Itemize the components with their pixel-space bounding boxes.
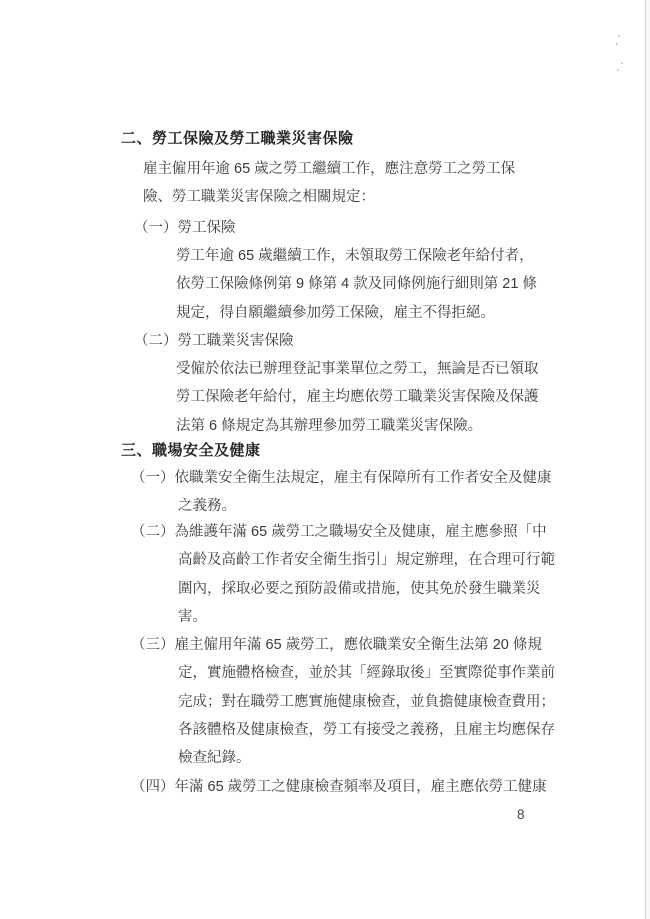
scanned-document-page: 二、勞工保險及勞工職業災害保險 雇主僱用年逾 65 歲之勞工繼續工作，應注意勞工…	[0, 0, 650, 919]
scan-speck	[616, 43, 618, 45]
scan-speck	[621, 62, 623, 64]
section-intro-paragraph: 雇主僱用年逾 65 歲之勞工繼續工作，應注意勞工之勞工保 險、勞工職業災害保險之…	[143, 155, 563, 212]
page-number: 8	[517, 801, 525, 829]
list-item-marker: （二）勞工職業災害保險	[134, 327, 294, 355]
scan-edge-band	[646, 0, 650, 919]
list-item: （三）雇主僱用年滿 65 歲勞工，應依職業安全衛生法第 20 條規 定，實施體格…	[131, 631, 648, 772]
scan-speck	[617, 69, 619, 71]
scan-speck	[618, 35, 620, 37]
list-item: （四）年滿 65 歲勞工之健康檢查頻率及項目，雇主應依勞工健康	[131, 773, 648, 801]
scan-edge-line	[645, 0, 646, 919]
list-item: （一）依職業安全衛生法規定，雇主有保障所有工作者安全及健康 之義務。	[131, 464, 648, 521]
list-item-body: 受僱於依法已辦理登記事業單位之勞工，無論是否已領取 勞工保險老年給付，雇主均應依…	[176, 355, 596, 440]
list-item-marker: （一）勞工保險	[134, 214, 236, 242]
list-item-body: 勞工年逾 65 歲繼續工作，未領取勞工保險老年給付者， 依勞工保險條例第 9 條…	[176, 242, 596, 327]
list-item: （二）為維護年滿 65 歲勞工之職場安全及健康，雇主應參照「中 高齡及高齡工作者…	[131, 518, 648, 631]
section-heading-labor-insurance: 二、勞工保險及勞工職業災害保險	[121, 125, 354, 153]
section-heading-workplace-safety: 三、職場安全及健康	[121, 437, 261, 465]
